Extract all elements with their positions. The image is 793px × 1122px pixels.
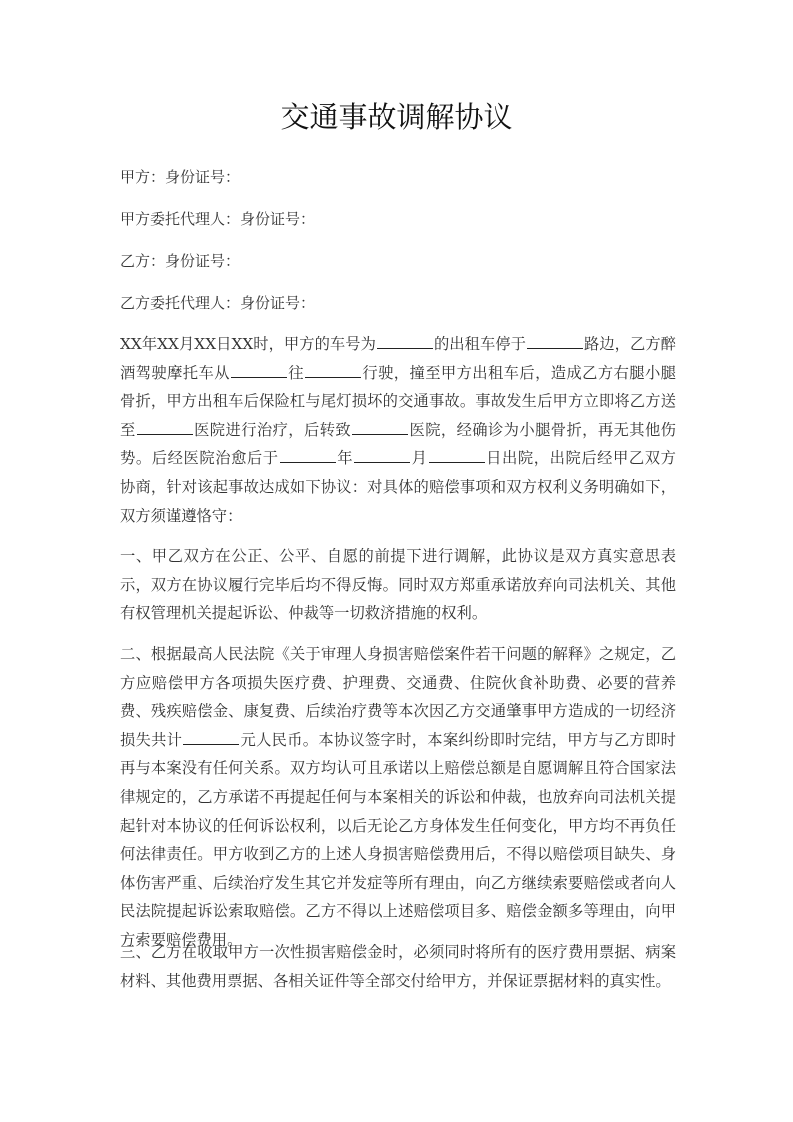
party-b-agent-id-field: 乙方委托代理人：身份证号： — [120, 293, 315, 313]
blank-first-hospital — [137, 420, 193, 435]
document-page: 交通事故调解协议 甲方：身份证号： 甲方委托代理人：身份证号： 乙方：身份证号：… — [0, 0, 793, 1122]
clause-3: 三、乙方在收取甲方一次性损害赔偿金时，必须同时将所有的医疗费用票据、病案材料、其… — [120, 938, 676, 995]
blank-second-hospital — [352, 420, 408, 435]
intro-text-1: XX年XX月XX日XX时，甲方的车号为 — [120, 335, 376, 353]
clause-1: 一、甲乙双方在公正、公平、自愿的前提下进行调解，此协议是双方真实意思表示，双方在… — [120, 542, 676, 628]
blank-from — [231, 363, 287, 378]
blank-plate-number — [377, 334, 433, 349]
intro-text-2: 的出租车停于 — [434, 335, 526, 353]
blank-month — [354, 448, 410, 463]
intro-text-6: 医院进行治疗，后转致 — [194, 421, 351, 439]
intro-text-9: 月 — [411, 449, 427, 467]
blank-amount — [183, 730, 239, 745]
party-a-id-field: 甲方：身份证号： — [120, 167, 240, 187]
clause-2-text-2: 元人民币。本协议签字时，本案纠纷即时完结，甲方与乙方即时再与本案没有任何关系。双… — [120, 731, 676, 949]
clause-2: 二、根据最高人民法院《关于审理人身损害赔偿案件若干问题的解释》之规定，乙方应赔偿… — [120, 640, 676, 955]
intro-paragraph: XX年XX月XX日XX时，甲方的车号为的出租车停于路边，乙方醉酒驾驶摩托车从往行… — [120, 330, 676, 530]
document-title: 交通事故调解协议 — [0, 97, 793, 137]
intro-text-8: 年 — [337, 449, 353, 467]
intro-text-4: 往 — [288, 364, 304, 382]
blank-to — [305, 363, 361, 378]
blank-road — [527, 334, 583, 349]
party-b-id-field: 乙方：身份证号： — [120, 251, 240, 271]
party-a-agent-id-field: 甲方委托代理人：身份证号： — [120, 209, 315, 229]
blank-year — [280, 448, 336, 463]
blank-day — [429, 448, 485, 463]
